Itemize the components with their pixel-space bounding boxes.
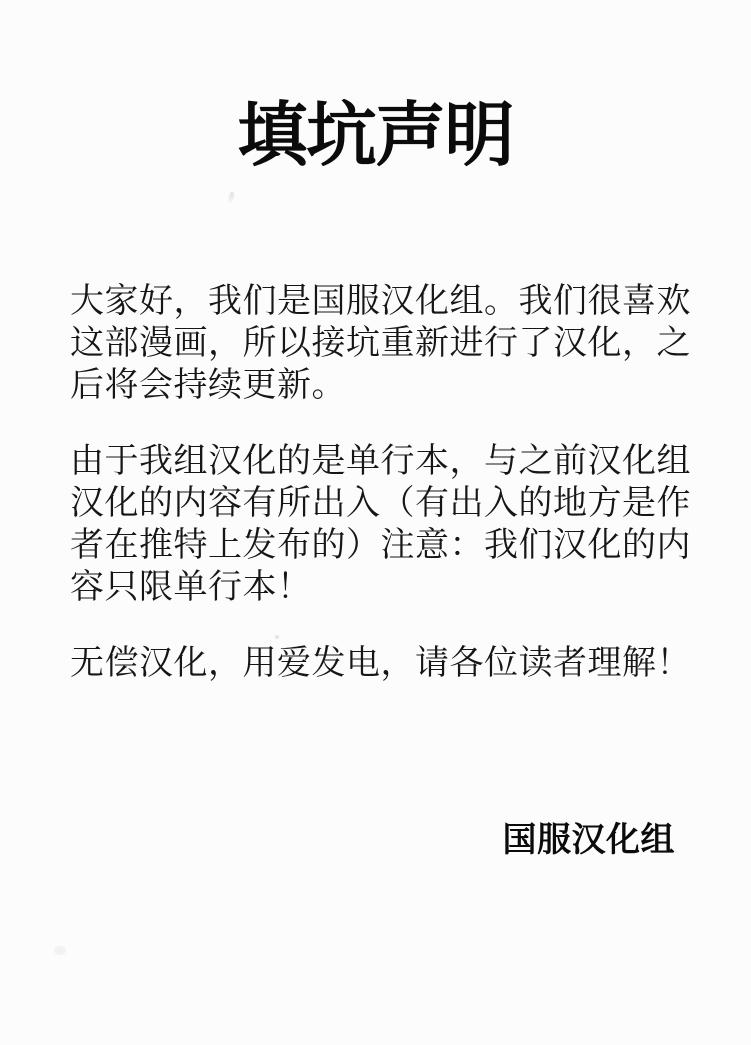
text-line: 者在推特上发布的）注意：我们汉化的内 (70, 524, 710, 566)
signature: 国服汉化组 (503, 820, 676, 860)
page-title: 填坑声明 (0, 97, 751, 174)
scan-artifact (228, 192, 236, 204)
paragraph: 大家好，我们是国服汉化组。我们很喜欢这部漫画，所以接坑重新进行了汉化，之后将会持… (70, 280, 710, 406)
paragraph: 由于我组汉化的是单行本，与之前汉化组汉化的内容有所出入（有出入的地方是作者在推特… (70, 440, 710, 608)
text-line: 这部漫画，所以接坑重新进行了汉化，之 (70, 322, 710, 364)
text-line: 大家好，我们是国服汉化组。我们很喜欢 (70, 280, 710, 322)
text-line: 容只限单行本！ (70, 566, 710, 608)
text-line: 汉化的内容有所出入（有出入的地方是作 (70, 482, 710, 524)
text-line: 无偿汉化，用爱发电，请各位读者理解！ (70, 642, 710, 684)
body-text: 大家好，我们是国服汉化组。我们很喜欢这部漫画，所以接坑重新进行了汉化，之后将会持… (70, 280, 710, 718)
scan-artifact (54, 946, 66, 955)
paragraph: 无偿汉化，用爱发电，请各位读者理解！ (70, 642, 710, 684)
text-line: 由于我组汉化的是单行本，与之前汉化组 (70, 440, 710, 482)
announcement-page: 填坑声明 大家好，我们是国服汉化组。我们很喜欢这部漫画，所以接坑重新进行了汉化，… (0, 0, 751, 1045)
text-line: 后将会持续更新。 (70, 364, 710, 406)
